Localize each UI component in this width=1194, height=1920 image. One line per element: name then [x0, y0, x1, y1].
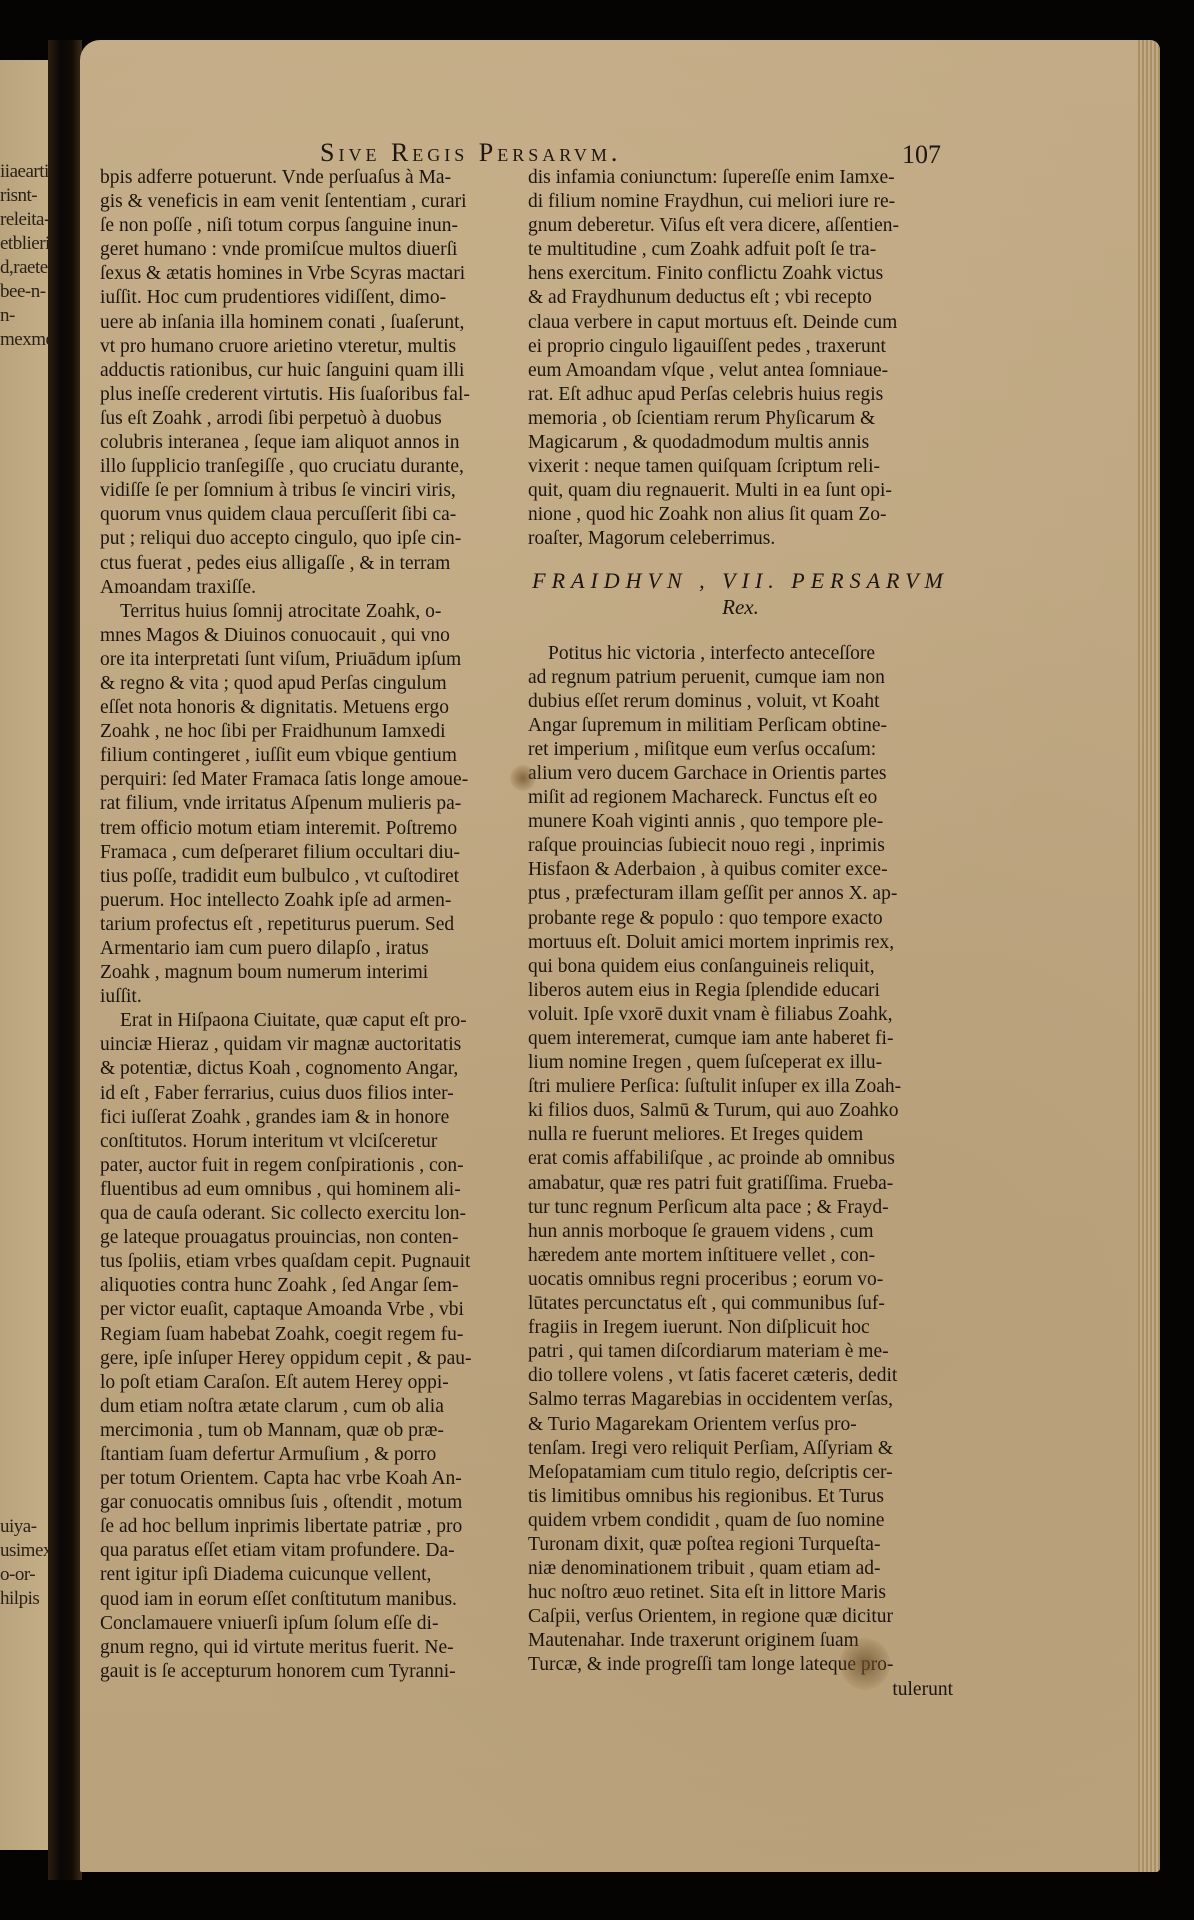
text-line: be — [0, 281, 17, 302]
text-line: ra — [13, 257, 27, 278]
text-line: conſtitutos. Horum interitum vt vlciſcer… — [100, 1130, 525, 1154]
text-line: bli — [13, 233, 32, 254]
text-line: mortuus eſt. Doluit amici mortem inprimi… — [528, 931, 953, 955]
text-line: gis & veneficis in eam venit ſententiam … — [100, 190, 525, 214]
text-line: alium vero ducem Garchace in Orientis pa… — [528, 762, 953, 786]
text-line: iuſſit. Hoc cum prudentiores vidiſſent, … — [100, 286, 525, 310]
text-line: tis limitibus omnibus his regionibus. Et… — [528, 1485, 953, 1509]
text-line: Turonam dixit, quæ poſtea regioni Turque… — [528, 1533, 953, 1557]
text-line: pater, auctor fuit in regem conſpiration… — [100, 1154, 525, 1178]
text-line: im — [16, 1540, 35, 1561]
text-line: gnum regno, qui id virtute meritus fueri… — [100, 1636, 525, 1660]
text-line: gar conuocatis omnibus ſuis , oſtendit ,… — [100, 1491, 525, 1515]
text-line: ge lateque prouagatus prouincias, non co… — [100, 1226, 525, 1250]
text-line: fragiis in Iregem iuerunt. Non diſplicui… — [528, 1316, 953, 1340]
text-line: per totum Orientem. Capta hac vrbe Koah … — [100, 1467, 525, 1491]
text-line: per victor euaſit, captaque Amoanda Vrbe… — [100, 1298, 525, 1322]
facing-page-fragment: iiaeartiarsiinS,rikaæmi-risnt-releita-et… — [0, 60, 50, 1850]
text-line: tus ſpoliis, etiam vrbes quaſdam cepit. … — [100, 1250, 525, 1274]
text-line: lo poſt etiam Caraſon. Eſt autem Herey o… — [100, 1371, 525, 1395]
ink-stain — [510, 765, 536, 791]
facing-page-text-bottom: uiya-usimex-o-or-hilpis — [0, 1515, 46, 1611]
text-line: qui bona quidem eius conſanguineis reliq… — [528, 955, 953, 979]
text-line: gauit is ſe accepturum honorem cum Tyran… — [100, 1660, 525, 1684]
chapter-heading: FRAIDHVN , VII. PERSARVM — [528, 568, 953, 594]
text-line: voluit. Ipſe vxorē duxit vnam è filiabus… — [528, 1003, 953, 1027]
text-line: eum Amoandam vſque , velut antea ſomniau… — [528, 359, 953, 383]
text-line: di filium nomine Fraydhun, cui meliori i… — [528, 190, 953, 214]
text-line: d, — [0, 257, 13, 278]
text-line: Conclamauere vniuerſi ipſum ſolum eſſe d… — [100, 1612, 525, 1636]
text-line: or- — [15, 1564, 35, 1585]
text-line: m — [31, 329, 45, 350]
text-line: iuſſit. — [100, 985, 525, 1009]
text-line: ore ita interpretati ſunt viſum, Priuādu… — [100, 648, 525, 672]
text-line: te multitudine , cum Zoahk adfuit poſt ſ… — [528, 238, 953, 262]
text-line: us — [0, 1540, 16, 1561]
text-line: Amoandam traxiſſe. — [100, 576, 525, 600]
text-line: id eſt , Faber ferrarius, cuius duos fil… — [100, 1082, 525, 1106]
text-line: dubius eſſet rerum dominus , voluit, vt … — [528, 690, 953, 714]
text-line: raſque prouincias ſubiecit nouo regi , i… — [528, 834, 953, 858]
text-line: dio tollere volens , vt ſatis faceret cæ… — [528, 1364, 953, 1388]
text-line: probante rege & populo : quo tempore exa… — [528, 907, 953, 931]
text-line: ſtantiam ſuam defertur Armuſium , & porr… — [100, 1443, 525, 1467]
text-line: ad regnum patrium peruenit, cumque iam n… — [528, 666, 953, 690]
text-line: filium contingeret , iuſſit eum vbique g… — [100, 744, 525, 768]
text-line: fici iuſſerat Zoahk , grandes iam & in h… — [100, 1106, 525, 1130]
text-line: gnum deberetur. Viſus eſt vera dicere, a… — [528, 214, 953, 238]
text-line: vidiſſe ſe per ſomnium à tribus ſe vinci… — [100, 479, 525, 503]
text-line: & Turio Magarekam Orientem verſus pro- — [528, 1413, 953, 1437]
text-line: Angar ſupremum in militiam Perſicam obti… — [528, 714, 953, 738]
text-line: ptus , præfecturam illam geſſit per anno… — [528, 882, 953, 906]
text-line: Hisfaon & Aderbaion , à quibus comiter e… — [528, 858, 953, 882]
facing-page-text-top: iiaeartiarsiinS,rikaæmi-risnt-releita-et… — [0, 160, 46, 352]
text-line: dum etiam noſtra ætate clarum , cum ob a… — [100, 1395, 525, 1419]
text-line: ctus fuerat , pedes eius alligaſſe , & i… — [100, 552, 525, 576]
text-line: er — [31, 233, 45, 254]
text-line: gere, ipſe inſuper Herey oppidum cepit ,… — [100, 1347, 525, 1371]
water-stain — [840, 1638, 890, 1690]
text-line: Caſpii, verſus Orientem, in regione quæ … — [528, 1605, 953, 1629]
text-line: Salmo terras Magarebias in occidentem ve… — [528, 1388, 953, 1412]
running-head: Sive Regis Persarvm. — [320, 138, 621, 168]
text-line: pis — [19, 1588, 40, 1609]
text-line: mnes Magos & Diuinos conuocauit , qui vn… — [100, 624, 525, 648]
text-line: munere Koah viginti annis , quo tempore … — [528, 810, 953, 834]
text-line: ſe non poſſe , niſi totum corpus ſanguin… — [100, 214, 525, 238]
text-line: m — [0, 329, 14, 350]
text-line: ſus eſt Zoahk , arrodi ſibi perpetuò à d… — [100, 407, 525, 431]
catchword: tulerunt — [528, 1678, 953, 1702]
text-line: & potentiæ, dictus Koah , cognomento Ang… — [100, 1057, 525, 1081]
text-line: puerum. Hoc intellecto Zoahk ipſe ad arm… — [100, 889, 525, 913]
text-line: e- — [17, 281, 31, 302]
text-line: tius poſſe, tradidit eum bulbulco , vt c… — [100, 865, 525, 889]
text-line: ri — [0, 185, 11, 206]
text-line: lūtates percunctatus eſt , qui communibu… — [528, 1292, 953, 1316]
text-line: erat comis affabiliſque , ac proinde ab … — [528, 1147, 953, 1171]
text-line: rat filium, vnde irritatus Aſpenum mulie… — [100, 792, 525, 816]
text-line: et — [0, 233, 13, 254]
text-line: re — [0, 209, 14, 230]
right-column-text-before-heading: dis infamia coniunctum: ſupereſſe enim I… — [528, 166, 953, 552]
text-line: ſtri muliere Perſica: ſuſtulit inſuper e… — [528, 1075, 953, 1099]
right-column-text-after-heading: Potitus hic victoria , interfecto antece… — [528, 642, 953, 1678]
text-line: & regno & vita ; quod apud Perſas cingul… — [100, 672, 525, 696]
text-line: it — [26, 209, 36, 230]
text-line: claua verbere in caput mortuus eſt. Dein… — [528, 311, 953, 335]
text-line: hil — [0, 1588, 19, 1609]
text-line: patri , qui tamen diſcordiarum materiam … — [528, 1340, 953, 1364]
text-line: rat. Eſt adhuc apud Perſas celebris huiu… — [528, 383, 953, 407]
page-fore-edge — [1138, 40, 1160, 1872]
chapter-subheading: Rex. — [528, 594, 953, 620]
text-line: vixerit : neque tamen quiſquam ſcriptum … — [528, 455, 953, 479]
book-gutter — [48, 40, 82, 1880]
text-line: Zoahk , ne hoc ſibi per Fraidhunum Iamxe… — [100, 720, 525, 744]
right-text-column: dis infamia coniunctum: ſupereſſe enim I… — [528, 166, 953, 1702]
text-line: roaſter, Magorum celeberrimus. — [528, 527, 953, 551]
text-line: n- — [0, 305, 15, 326]
text-line: nt — [18, 185, 32, 206]
text-line: qua de cauſa oderant. Sic collecto exerc… — [100, 1202, 525, 1226]
text-line: memoria , ob ſcientiam rerum Phyſicarum … — [528, 407, 953, 431]
text-line: miſit ad regionem Machareck. Functus eſt… — [528, 786, 953, 810]
text-line: o- — [0, 1564, 15, 1585]
text-line: hens exercitum. Finito conflictu Zoahk v… — [528, 262, 953, 286]
text-line: Potitus hic victoria , interfecto antece… — [528, 642, 953, 666]
text-line: niæ denominationem tribuit , quam etiam … — [528, 1557, 953, 1581]
text-line: nione , quod hic Zoahk non alius ſit qua… — [528, 503, 953, 527]
text-line: Regiam ſuam habebat Zoahk, coegit regem … — [100, 1323, 525, 1347]
text-line: ei proprio cingulo ligauiſſent pedes , t… — [528, 335, 953, 359]
text-line: ſexus & ætatis homines in Vrbe Scyras ma… — [100, 262, 525, 286]
book-page: Sive Regis Persarvm. 107 bpis adferre po… — [80, 40, 1160, 1872]
text-line: aliquoties contra hunc Zoahk , ſed Angar… — [100, 1274, 525, 1298]
text-line: geret humano : vnde promiſcue multos diu… — [100, 238, 525, 262]
text-line: fluentibus ad eum omnibus , qui hominem … — [100, 1178, 525, 1202]
text-line: colubris interanea , ſeque iam aliquot a… — [100, 431, 525, 455]
text-line: Territus huius ſomnij atrocitate Zoahk, … — [100, 600, 525, 624]
text-line: quit, quam diu regnauerit. Multi in ea ſ… — [528, 479, 953, 503]
text-line: ui — [0, 1516, 14, 1537]
text-line: illo ſupplicio tranſegiſſe , quo cruciat… — [100, 455, 525, 479]
text-line: quem interemerat, cumque iam ante habere… — [528, 1027, 953, 1051]
text-line: mercimonia , tum ob Mannam, quæ ob præ- — [100, 1419, 525, 1443]
text-line: a — [10, 161, 18, 182]
text-line: Mautenahar. Inde traxerunt originem ſuam — [528, 1629, 953, 1653]
text-line: plus ineſſe crederent virtutis. His ſuaſ… — [100, 383, 525, 407]
text-line: s — [11, 185, 18, 206]
text-line: nulla re fuerunt meliores. Et Ireges qui… — [528, 1123, 953, 1147]
text-line: put ; reliqui duo accepto cingulo, quo i… — [100, 527, 525, 551]
text-line: tenſam. Iregi vero reliquit Perſiam, Aſſ… — [528, 1437, 953, 1461]
text-line: ki filios duos, Salmū & Turum, qui auo Z… — [528, 1099, 953, 1123]
left-text-column: bpis adferre potuerunt. Vnde perſuaſus à… — [100, 166, 525, 1684]
text-line: le — [14, 209, 27, 230]
text-line: uere ab inſania illa hominem conati , ſu… — [100, 311, 525, 335]
text-line: Framaca , cum deſperaret filium occultar… — [100, 841, 525, 865]
text-line: Magicarum , & quodadmodum multis annis — [528, 431, 953, 455]
text-line: vt pro humano cruore arietino vteretur, … — [100, 335, 525, 359]
text-line: huc noſtro æuo retinet. Sita eſt in litt… — [528, 1581, 953, 1605]
text-line: perquiri: ſed Mater Framaca ſatis longe … — [100, 768, 525, 792]
text-line: qua paratus eſſet etiam vitam profundere… — [100, 1539, 525, 1563]
text-line: hæredem ante mortem inſtituere vellet , … — [528, 1244, 953, 1268]
text-line: ret imperium , miſitque eum verſus occaſ… — [528, 738, 953, 762]
text-line: Zoahk , magnum boum numerum interimi — [100, 961, 525, 985]
text-line: Meſopatamiam cum titulo regio, deſcripti… — [528, 1461, 953, 1485]
text-line: trem officio motum etiam interemit. Poſt… — [100, 817, 525, 841]
text-line: tur tunc regnum Perſicum alta pace ; & F… — [528, 1196, 953, 1220]
text-line: quidem vrbem condidit , quam de ſuo nomi… — [528, 1509, 953, 1533]
text-line: et — [27, 257, 40, 278]
text-line: amabatur, quæ res patri fuit gratiſſima.… — [528, 1172, 953, 1196]
text-line: uocatis omnibus regni proceribus ; eorum… — [528, 1268, 953, 1292]
text-line: lium nomine Iregen , quem ſuſceperat ex … — [528, 1051, 953, 1075]
text-line: ex — [14, 329, 31, 350]
text-line: ya- — [14, 1516, 37, 1537]
text-line: liberos autem eius in Regia ſplendide ed… — [528, 979, 953, 1003]
text-line: hun annis morboque ſe grauem videns , cu… — [528, 1220, 953, 1244]
text-line: quod iam in eorum eſſet conſtitutum mani… — [100, 1588, 525, 1612]
text-line: Erat in Hiſpaona Ciuitate, quæ caput eſt… — [100, 1009, 525, 1033]
text-line: uinciæ Hieraz , quidam vir magnæ auctori… — [100, 1033, 525, 1057]
text-line: & ad Fraydhunum deductus eſt ; vbi recep… — [528, 286, 953, 310]
text-line: rent igitur ipſi Diadema cuicunque velle… — [100, 1563, 525, 1587]
text-line: quorum vnus quidem claua percuſſerit ſib… — [100, 503, 525, 527]
text-line: dis infamia coniunctum: ſupereſſe enim I… — [528, 166, 953, 190]
text-line: eſſet nota honoris & dignitatis. Metuens… — [100, 696, 525, 720]
text-line: Armentario iam cum puero dilapſo , iratu… — [100, 937, 525, 961]
text-line: ſe ad hoc bellum inprimis libertate patr… — [100, 1515, 525, 1539]
text-line: - — [31, 185, 37, 206]
text-line: adductis rationibus, cur huic ſanguini q… — [100, 359, 525, 383]
text-line: n- — [31, 281, 46, 302]
text-line: bpis adferre potuerunt. Vnde perſuaſus à… — [100, 166, 525, 190]
text-line: tarium profectus eſt , repetiturus pueru… — [100, 913, 525, 937]
